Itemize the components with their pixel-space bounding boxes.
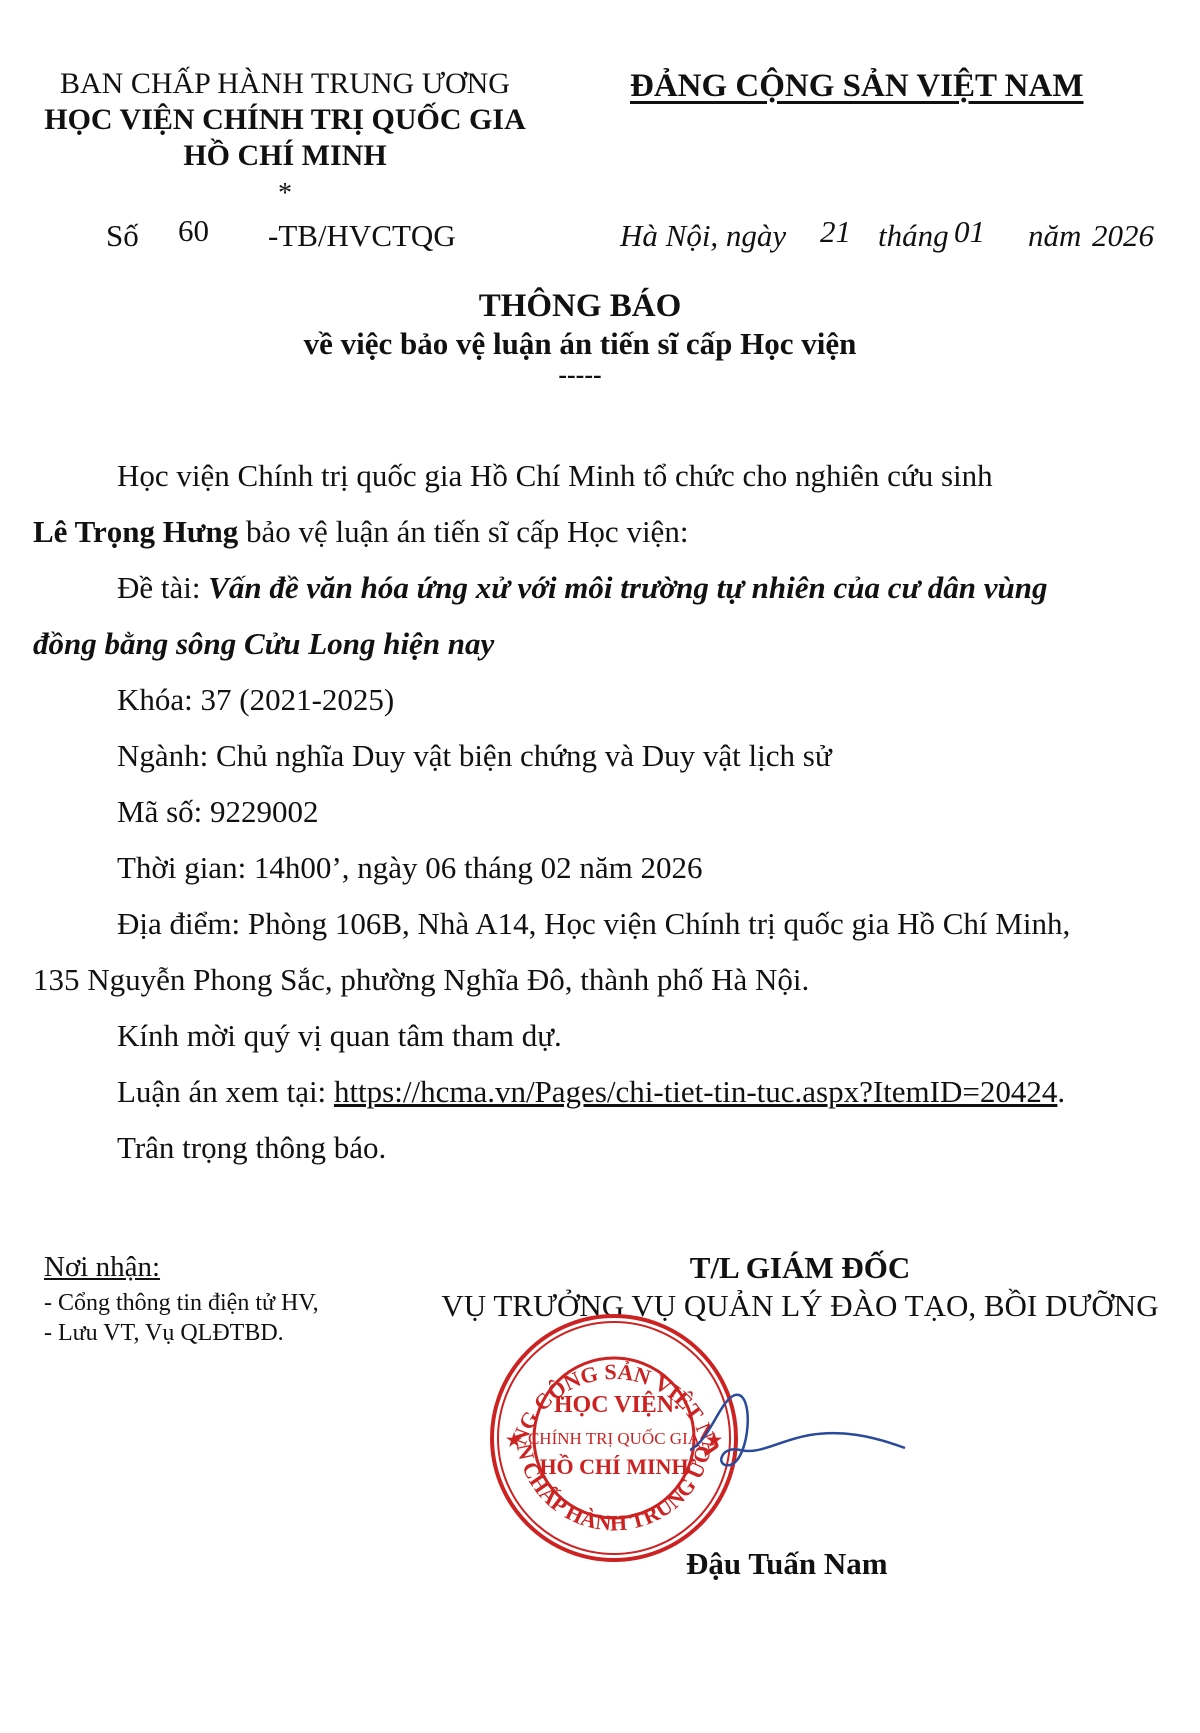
thesis-link-label: Luận án xem tại: bbox=[117, 1074, 334, 1109]
svg-text:HỌC VIỆN: HỌC VIỆN bbox=[554, 1392, 675, 1418]
recipient-item: - Lưu VT, Vụ QLĐTBD. bbox=[44, 1318, 284, 1348]
topic-title-part2: đồng bằng sông Cửu Long hiện nay bbox=[33, 626, 494, 662]
issuing-body: BAN CHẤP HÀNH TRUNG ƯƠNG HỌC VIỆN CHÍNH … bbox=[0, 66, 570, 174]
central-committee-label: BAN CHẤP HÀNH TRUNG ƯƠNG bbox=[0, 66, 570, 102]
major-text: Ngành: Chủ nghĩa Duy vật biện chứng và D… bbox=[117, 738, 832, 774]
invitation-text: Kính mời quý vị quan tâm tham dự. bbox=[117, 1018, 562, 1054]
candidate-name: Lê Trọng Hưng bbox=[33, 514, 238, 549]
document-title: THÔNG BÁO bbox=[0, 288, 1160, 325]
title-separator: ----- bbox=[0, 360, 1160, 390]
date-prefix: Hà Nội, ngày bbox=[620, 218, 786, 254]
date-year: 2026 bbox=[1092, 218, 1154, 254]
course-text: Khóa: 37 (2021-2025) bbox=[117, 682, 394, 718]
document-subtitle: về việc bảo vệ luận án tiến sĩ cấp Học v… bbox=[0, 326, 1160, 362]
code-text: Mã số: 9229002 bbox=[117, 794, 319, 830]
svg-text:★: ★ bbox=[506, 1430, 523, 1450]
party-name: ĐẢNG CỘNG SẢN VIỆT NAM bbox=[630, 68, 1084, 105]
svg-text:CHÍNH TRỊ QUỐC GIA: CHÍNH TRỊ QUỐC GIA bbox=[528, 1429, 701, 1448]
candidate-line-rest: bảo vệ luận án tiến sĩ cấp Học viện: bbox=[238, 514, 688, 549]
academy-name-line2: HỒ CHÍ MINH bbox=[0, 138, 570, 174]
handwritten-signature-icon bbox=[690, 1390, 910, 1490]
date-year-label: năm bbox=[1028, 218, 1081, 254]
recipients-heading: Nơi nhận: bbox=[44, 1252, 160, 1282]
signatory-title: T/L GIÁM ĐỐC bbox=[440, 1250, 1160, 1286]
closing-text: Trân trọng thông báo. bbox=[117, 1130, 386, 1166]
thesis-link-end: . bbox=[1057, 1074, 1065, 1109]
candidate-line: Lê Trọng Hưng bảo vệ luận án tiến sĩ cấp… bbox=[33, 514, 688, 550]
svg-text:HỒ CHÍ MINH: HỒ CHÍ MINH bbox=[539, 1454, 688, 1479]
time-text: Thời gian: 14h00’, ngày 06 tháng 02 năm … bbox=[117, 850, 703, 886]
document-number: 60 bbox=[178, 213, 209, 249]
date-month-label: tháng bbox=[878, 218, 949, 254]
academy-name-line1: HỌC VIỆN CHÍNH TRỊ QUỐC GIA bbox=[0, 102, 570, 138]
thesis-link-line: Luận án xem tại: https://hcma.vn/Pages/c… bbox=[117, 1074, 1065, 1110]
date-month: 01 bbox=[954, 214, 985, 250]
signatory-name: Đậu Tuấn Nam bbox=[686, 1546, 888, 1582]
topic-line: Đề tài: Vấn đề văn hóa ứng xử với môi tr… bbox=[117, 570, 1048, 606]
recipient-item: - Cổng thông tin điện tử HV, bbox=[44, 1288, 319, 1318]
location-text-line1: Địa điểm: Phòng 106B, Nhà A14, Học viện … bbox=[117, 906, 1070, 942]
intro-text: Học viện Chính trị quốc gia Hồ Chí Minh … bbox=[117, 458, 993, 494]
document-number-suffix: -TB/HVCTQG bbox=[268, 218, 456, 254]
topic-title-part1: Vấn đề văn hóa ứng xử với môi trường tự … bbox=[208, 570, 1047, 605]
header-star: * bbox=[0, 180, 570, 208]
location-text-line2: 135 Nguyễn Phong Sắc, phường Nghĩa Đô, t… bbox=[33, 962, 809, 998]
topic-label: Đề tài: bbox=[117, 570, 208, 605]
document-number-prefix: Số bbox=[106, 218, 139, 254]
thesis-link[interactable]: https://hcma.vn/Pages/chi-tiet-tin-tuc.a… bbox=[334, 1074, 1057, 1109]
date-day: 21 bbox=[820, 214, 851, 250]
